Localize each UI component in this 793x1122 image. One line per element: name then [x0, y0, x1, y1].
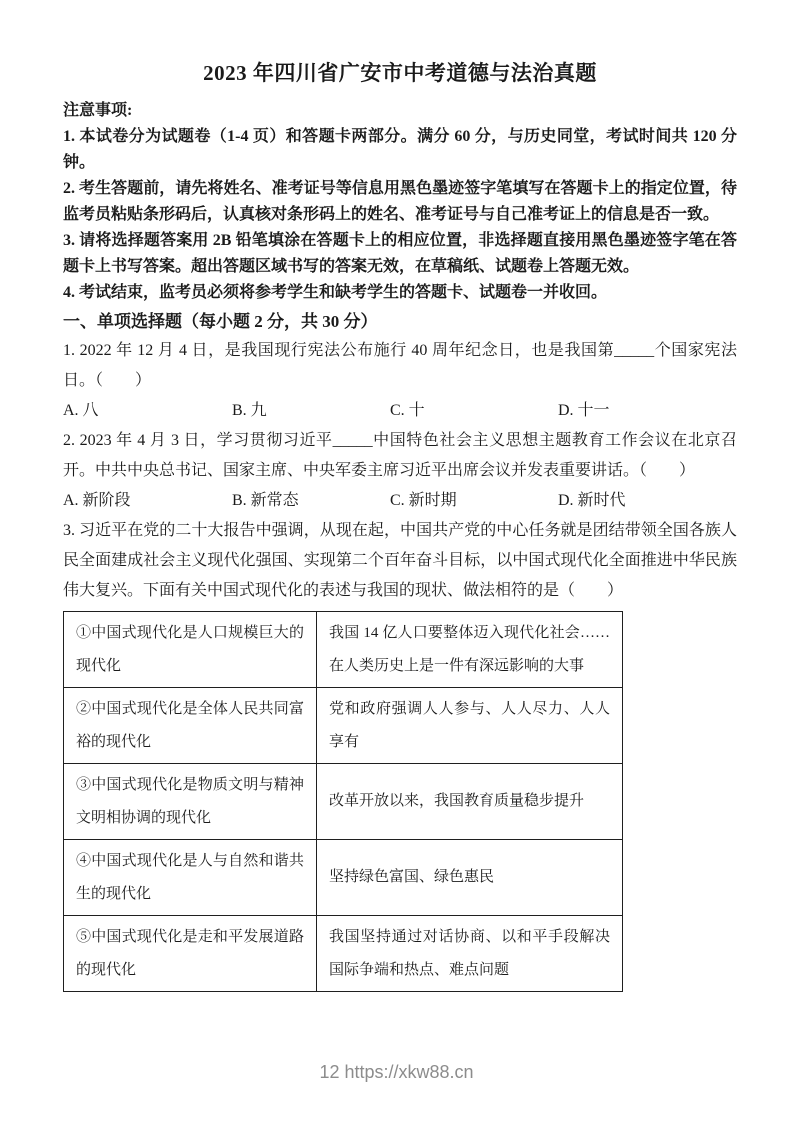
question-1-option-d: D. 十一: [558, 396, 737, 426]
notice-item-1: 1. 本试卷分为试题卷（1-4 页）和答题卡两部分。满分 60 分，与历史同堂，…: [63, 124, 737, 176]
table-cell-statement: ⑤中国式现代化是走和平发展道路的现代化: [64, 916, 317, 992]
table-cell-statement: ③中国式现代化是物质文明与精神文明相协调的现代化: [64, 764, 317, 840]
question-2: 2. 2023 年 4 月 3 日，学习贯彻习近平_____中国特色社会主义思想…: [63, 426, 737, 516]
table-row: ①中国式现代化是人口规模巨大的现代化 我国 14 亿人口要整体迈入现代化社会………: [64, 612, 623, 688]
table-cell-statement: ①中国式现代化是人口规模巨大的现代化: [64, 612, 317, 688]
notice-item-4: 4. 考试结束，监考员必须将参考学生和缺考学生的答题卡、试题卷一并收回。: [63, 280, 737, 306]
table-cell-fact: 坚持绿色富国、绿色惠民: [317, 840, 623, 916]
table-cell-fact: 我国坚持通过对话协商、以和平手段解决国际争端和热点、难点问题: [317, 916, 623, 992]
table-row: ⑤中国式现代化是走和平发展道路的现代化 我国坚持通过对话协商、以和平手段解决国际…: [64, 916, 623, 992]
table-cell-fact: 我国 14 亿人口要整体迈入现代化社会……在人类历史上是一件有深远影响的大事: [317, 612, 623, 688]
section-heading-multiple-choice: 一、单项选择题（每小题 2 分，共 30 分）: [63, 308, 737, 336]
table-cell-fact: 党和政府强调人人参与、人人尽力、人人享有: [317, 688, 623, 764]
question-2-options: A. 新阶段 B. 新常态 C. 新时期 D. 新时代: [63, 486, 737, 516]
notice-heading: 注意事项:: [63, 98, 737, 124]
notice-item-2: 2. 考生答题前，请先将姓名、准考证号等信息用黑色墨迹签字笔填写在答题卡上的指定…: [63, 176, 737, 228]
table-row: ④中国式现代化是人与自然和谐共生的现代化 坚持绿色富国、绿色惠民: [64, 840, 623, 916]
table-row: ③中国式现代化是物质文明与精神文明相协调的现代化 改革开放以来，我国教育质量稳步…: [64, 764, 623, 840]
question-1-option-c: C. 十: [390, 396, 558, 426]
question-1-option-b: B. 九: [232, 396, 390, 426]
notice-section: 注意事项: 1. 本试卷分为试题卷（1-4 页）和答题卡两部分。满分 60 分，…: [63, 98, 737, 306]
notice-item-3: 3. 请将选择题答案用 2B 铅笔填涂在答题卡上的相应位置，非选择题直接用黑色墨…: [63, 228, 737, 280]
table-row: ②中国式现代化是全体人民共同富裕的现代化 党和政府强调人人参与、人人尽力、人人享…: [64, 688, 623, 764]
question-3-table: ①中国式现代化是人口规模巨大的现代化 我国 14 亿人口要整体迈入现代化社会………: [63, 611, 623, 992]
page-title: 2023 年四川省广安市中考道德与法治真题: [63, 58, 737, 88]
question-1-options: A. 八 B. 九 C. 十 D. 十一: [63, 396, 737, 426]
question-2-option-c: C. 新时期: [390, 486, 558, 516]
question-1-option-a: A. 八: [63, 396, 232, 426]
footer-watermark: 12 https://xkw88.cn: [0, 1062, 793, 1083]
table-cell-statement: ②中国式现代化是全体人民共同富裕的现代化: [64, 688, 317, 764]
table-cell-fact: 改革开放以来，我国教育质量稳步提升: [317, 764, 623, 840]
question-3: 3. 习近平在党的二十大报告中强调，从现在起，中国共产党的中心任务就是团结带领全…: [63, 516, 737, 992]
question-3-stem: 3. 习近平在党的二十大报告中强调，从现在起，中国共产党的中心任务就是团结带领全…: [63, 516, 737, 606]
exam-document-page: 2023 年四川省广安市中考道德与法治真题 注意事项: 1. 本试卷分为试题卷（…: [0, 0, 793, 1122]
question-1-stem: 1. 2022 年 12 月 4 日，是我国现行宪法公布施行 40 周年纪念日，…: [63, 336, 737, 396]
question-2-option-d: D. 新时代: [558, 486, 737, 516]
question-1: 1. 2022 年 12 月 4 日，是我国现行宪法公布施行 40 周年纪念日，…: [63, 336, 737, 426]
table-cell-statement: ④中国式现代化是人与自然和谐共生的现代化: [64, 840, 317, 916]
question-2-option-a: A. 新阶段: [63, 486, 232, 516]
question-2-stem: 2. 2023 年 4 月 3 日，学习贯彻习近平_____中国特色社会主义思想…: [63, 426, 737, 486]
question-2-option-b: B. 新常态: [232, 486, 390, 516]
